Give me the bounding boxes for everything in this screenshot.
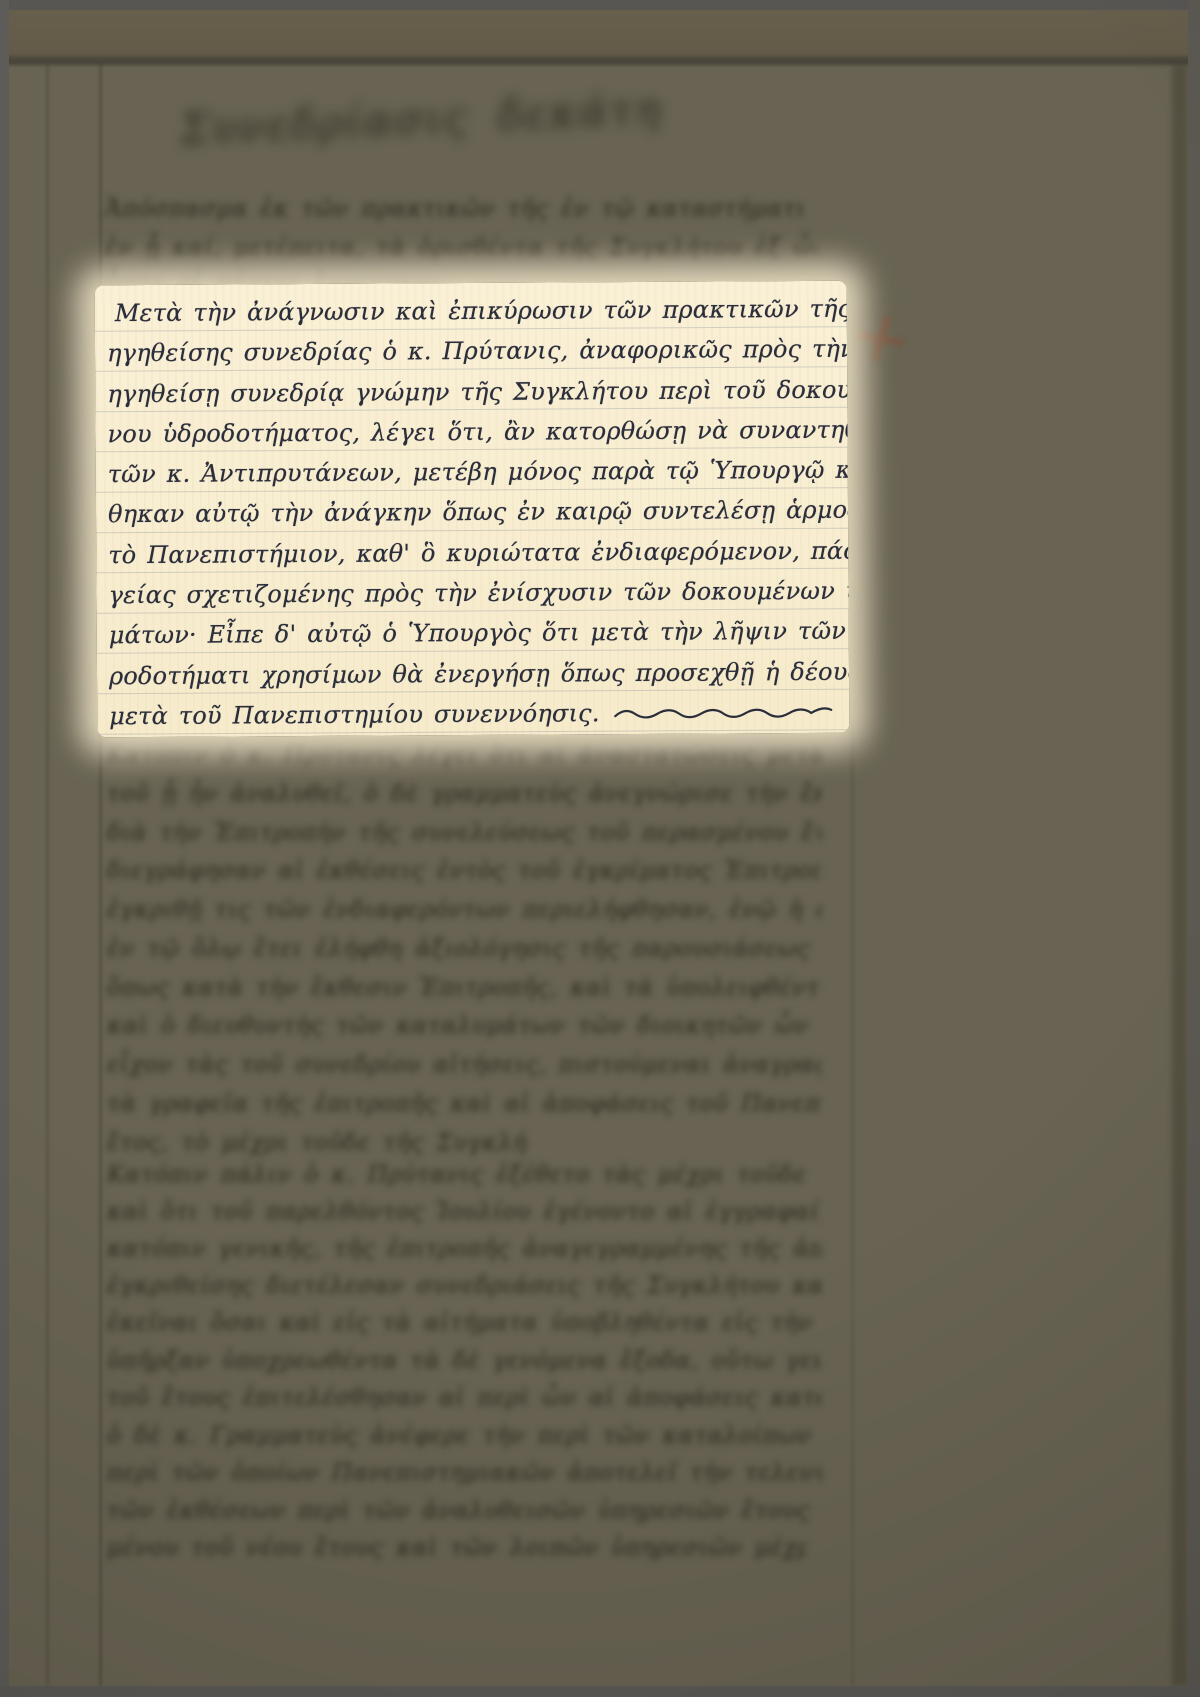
- dim-paragraph-line: τοῦ ἔτους ἐπιτελέσθησαν αἱ περὶ ὧν αἱ ἀπ…: [107, 1383, 821, 1417]
- excerpt-line: τῶν κ. Ἀντιπρυτάνεων, μετέβη μόνος παρὰ …: [96, 450, 848, 495]
- excerpt-line: μετὰ τοῦ Πανεπιστημίου συνεννόησις.: [97, 692, 849, 737]
- dim-intro-line: Ἀπόσπασμα ἐκ τῶν πρακτικῶν τῆς ἐν τῷ κατ…: [105, 194, 811, 228]
- dim-paragraph-line: διὰ τὴν Ἐπιτροπὴν τῆς συνελεύσεως τοῦ πε…: [107, 818, 821, 852]
- excerpt-line: ηγηθείσῃ συνεδρίᾳ γνώμην τῆς Συγκλήτου π…: [95, 369, 847, 414]
- dim-paragraph-line: καὶ ὅτι τοῦ παρελθόντος Ἰουλίου ἐγένοντο…: [107, 1197, 821, 1231]
- dim-paragraph-line: Κατόπιν ὁ κ. Πρύτανις λέγει ὅτι αἱ ἀναστ…: [107, 740, 821, 774]
- dim-paragraph-line: κατόπιν γενικῆς, τῆς ἐπιτροπῆς ἀναγεγραμ…: [107, 1234, 821, 1268]
- dim-paragraph-line: ὁ δὲ κ. Γραμματεὺς ἀνέφερε τὴν περὶ τῶν …: [107, 1421, 821, 1455]
- page-fold-line: [46, 64, 49, 1686]
- dim-paragraph-line: ὑπῆρξαν ὑποχρεωθέντα τὰ δὲ γενόμενα ἔξοδ…: [107, 1346, 821, 1380]
- page-top-rule: [0, 54, 1200, 67]
- page-right-edge: [1172, 64, 1188, 1686]
- scan-edge-bottom: [0, 1686, 1200, 1697]
- highlighted-excerpt: Μετὰ τὴν ἀνάγνωσιν καὶ ἐπικύρωσιν τῶν πρ…: [95, 281, 850, 738]
- scanned-page: Συνεδρίασις δεκάτη Ἀπόσπασμα ἐκ τῶν πρακ…: [0, 0, 1200, 1697]
- dim-paragraph-line: εἶχον τὰς τοῦ συνεδρίου αἰτήσεις, πιστού…: [107, 1050, 821, 1084]
- excerpt-line: ροδοτήματι χρησίμων θὰ ἐνεργήσῃ ὅπως προ…: [97, 651, 849, 696]
- dim-paragraph-line: Κατόπιν πάλιν ὁ κ. Πρύτανις ἐξέθετο τὰς …: [107, 1160, 821, 1194]
- page-top-band: [0, 10, 1200, 58]
- dim-paragraph-line: τὰ γραφεῖα τῆς ἐπιτροπῆς καὶ αἱ ἀποφάσει…: [107, 1089, 821, 1123]
- dim-paragraph-line: ἐγκριθῇ τις τῶν ἐνδιαφερόντων περιελήφθη…: [107, 895, 821, 929]
- dim-paragraph-line: ἐκεῖναι ὅσαι καὶ εἰς τὰ αἰτήματα ὑποβληθ…: [107, 1308, 821, 1342]
- dim-paragraph-line: μένου τοῦ νέου ἔτους καὶ τῶν λοιπῶν ὑπηρ…: [107, 1533, 807, 1567]
- excerpt-line: νου ὑδροδοτήματος, λέγει ὅτι, ἂν κατορθώ…: [95, 410, 847, 455]
- dim-paragraph-line: καὶ ὁ διευθυντὴς τῶν καταλυμάτων τῶν διο…: [107, 1011, 821, 1045]
- scan-edge-right: [1188, 0, 1200, 1697]
- excerpt-line: ηγηθείσης συνεδρίας ὁ κ. Πρύτανις, ἀναφο…: [95, 329, 847, 374]
- dim-paragraph-line: τῶν ἐκθέσεων περὶ τῶν ἀναλυθεισῶν ὑπηρεσ…: [107, 1496, 821, 1530]
- scan-edge-left: [0, 0, 9, 1697]
- scan-edge-top: [0, 0, 1200, 10]
- dim-paragraph-line: διεγράφησαν αἱ ἐκθέσεις ἐντὸς τοῦ ἐγκρίμ…: [107, 856, 821, 890]
- dim-paragraph-line: ὅπως κατὰ τὴν ἔκθεσιν Ἐπιτροπῆς, καὶ τὰ …: [107, 973, 821, 1007]
- dim-paragraph-line: ἐγκριθείσης διετέλεσαν συνεδριάσεις τῆς …: [107, 1271, 821, 1305]
- excerpt-line: θηκαν αὐτῷ τὴν ἀνάγκην ὅπως ἐν καιρῷ συν…: [96, 490, 848, 535]
- dim-intro-line: ἐν ᾗ καί, μετέπειτα, τὰ ὁρισθέντα τῆς Συ…: [105, 233, 817, 267]
- excerpt-line-text: μετὰ τοῦ Πανεπιστημίου συνεννόησις.: [109, 699, 600, 730]
- dim-paragraph-line: ἐν τῷ ὅλῳ ἔτει ἐλήφθη ἀξιολόγησις τῆς πα…: [107, 934, 821, 968]
- dim-paragraph-line: ἔτος, τὸ μέχρι τοῦδε τῆς Συγκλήτου.: [107, 1128, 527, 1162]
- section-title-blurred: Συνεδρίασις δεκάτη: [179, 80, 721, 163]
- excerpt-line: Μετὰ τὴν ἀνάγνωσιν καὶ ἐπικύρωσιν τῶν πρ…: [95, 289, 847, 334]
- dim-paragraph-line: περὶ τῶν ὁποίων Πανεπιστημιακῶν ἀποτελεῖ…: [107, 1458, 821, 1492]
- red-pencil-mark: [854, 310, 908, 368]
- faint-crease-line: [851, 700, 854, 1686]
- excerpt-line: γείας σχετιζομένης πρὸς τὴν ἐνίσχυσιν τῶ…: [96, 571, 848, 616]
- excerpt-line: μάτων· Εἶπε δ' αὐτῷ ὁ Ὑπουργὸς ὅτι μετὰ …: [97, 611, 849, 656]
- excerpt-line: τὸ Πανεπιστήμιον, καθ' ὃ κυριώτατα ἐνδια…: [96, 530, 848, 575]
- flourish-squiggle-icon: [614, 704, 850, 721]
- dim-paragraph-line: τοῦ ᾗ ἦν ἀναλυθεῖ, ὁ δὲ γραμματεὺς ἀνεγν…: [107, 779, 821, 813]
